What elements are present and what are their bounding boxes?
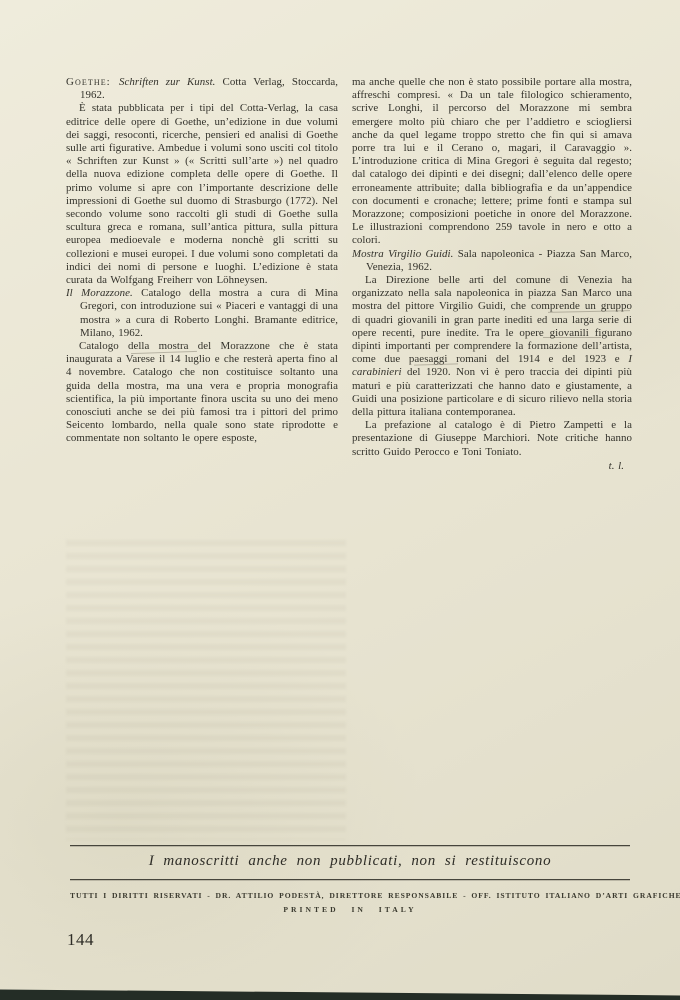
right-column: ma anche quelle che non è stato possibil… (352, 76, 632, 473)
paragraph-morazzone-review: Catalogo della mostra del Morazzone che … (66, 340, 338, 446)
page-footer: I manoscritti anche non pubblicati, non … (70, 845, 630, 914)
rights-imprint-line: TUTTI I DIRITTI RISERVATI - DR. ATTILIO … (70, 891, 630, 900)
scan-edge-shadow (0, 988, 680, 1000)
text-columns: Goethe: Schriften zur Kunst. Cotta Verla… (66, 76, 632, 473)
left-column: Goethe: Schriften zur Kunst. Cotta Verla… (66, 76, 338, 473)
page-number: 144 (67, 930, 94, 950)
paragraph-morazzone-continued: ma anche quelle che non è stato possibil… (352, 76, 632, 248)
entry-title: Schriften zur Kunst. (119, 76, 223, 88)
scanned-book-page: Goethe: Schriften zur Kunst. Cotta Verla… (0, 0, 680, 1000)
bib-entry-morazzone: Il Morazzone. Catalogo della mostra a cu… (66, 287, 338, 340)
paragraph-goethe-review: È stata pubblicata per i tipi del Cotta-… (66, 102, 338, 287)
divider-rule-top (70, 845, 630, 846)
paragraph-guidi-preface: La prefazione al catalogo è di Pietro Za… (352, 419, 632, 459)
paragraph-text: La Direzione belle arti del comune di Ve… (352, 274, 632, 365)
printed-in-italy-line: PRINTED IN ITALY (70, 905, 630, 914)
pencil-mark (543, 337, 601, 338)
entry-title: Mostra Virgilio Guidi. (352, 248, 458, 260)
entry-author: Goethe: (66, 76, 119, 88)
entry-title: Il Morazzone. (66, 287, 141, 299)
bib-entry-goethe: Goethe: Schriften zur Kunst. Cotta Verla… (66, 76, 338, 102)
manuscript-notice: I manoscritti anche non pubblicati, non … (70, 853, 630, 870)
author-initials: t. l. (352, 460, 632, 473)
paragraph-guidi-review: La Direzione belle arti del comune di Ve… (352, 274, 632, 419)
divider-rule-bottom (70, 879, 630, 880)
reverse-page-show-through (66, 540, 346, 840)
bib-entry-guidi: Mostra Virgilio Guidi. Sala napoleonica … (352, 248, 632, 274)
